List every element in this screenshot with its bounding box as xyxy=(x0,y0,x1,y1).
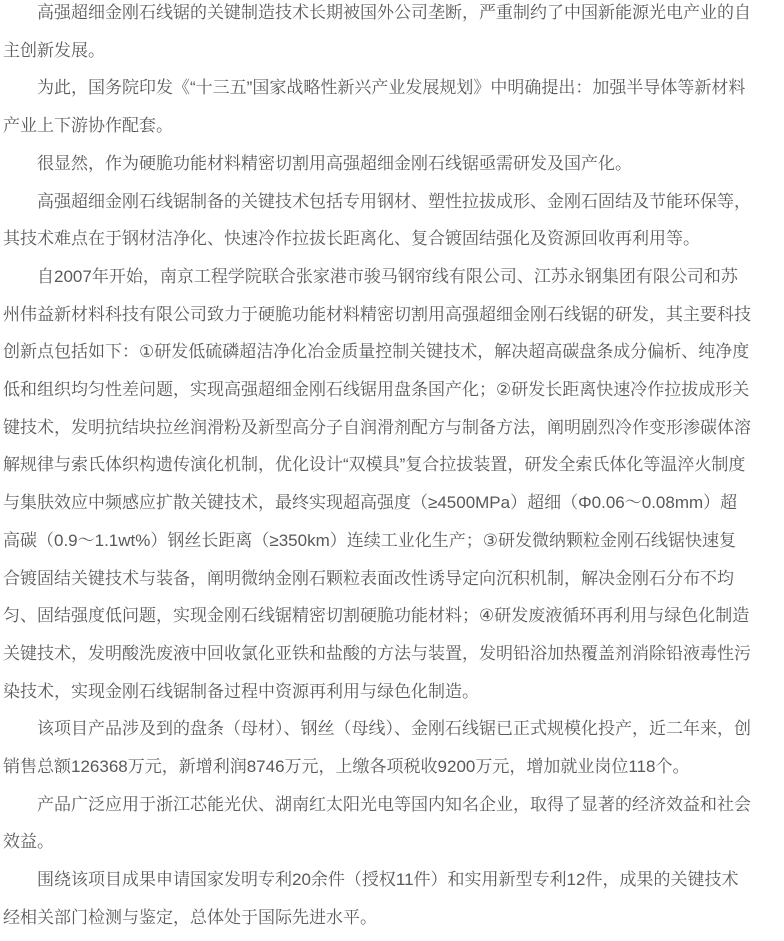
paragraph-state-council-plan: 为此，国务院印发《“十三五”国家战略性新兴产业发展规划》中明确提出：加强半导体等… xyxy=(3,69,751,144)
paragraph-key-technologies: 高强超细金刚石线锯制备的关键技术包括专用钢材、塑性拉拔成形、金刚石固结及节能环保… xyxy=(3,183,751,258)
paragraph-need-for-rd: 很显然，作为硬脆功能材料精密切割用高强超细金刚石线锯亟需研发及国产化。 xyxy=(3,145,751,183)
document-page: 高强超细金刚石线锯的关键制造技术长期被国外公司垄断，严重制约了中国新能源光电产业… xyxy=(0,0,784,941)
paragraph-innovation-points: 自2007年开始，南京工程学院联合张家港市骏马钢帘线有限公司、江苏永钢集团有限公… xyxy=(3,258,751,710)
paragraph-monopoly-background: 高强超细金刚石线锯的关键制造技术长期被国外公司垄断，严重制约了中国新能源光电产业… xyxy=(3,0,751,69)
document-body-text: 高强超细金刚石线锯的关键制造技术长期被国外公司垄断，严重制约了中国新能源光电产业… xyxy=(3,0,751,937)
paragraph-applications: 产品广泛应用于浙江芯能光伏、湖南红太阳光电等国内知名企业，取得了显著的经济效益和… xyxy=(3,786,751,861)
paragraph-production-figures: 该项目产品涉及到的盘条（母材）、钢丝（母线）、金刚石线锯已正式规模化投产，近二年… xyxy=(3,710,751,785)
paragraph-patents-conclusion: 围绕该项目成果申请国家发明专利20余件（授权11件）和实用新型专利12件，成果的… xyxy=(3,861,751,936)
